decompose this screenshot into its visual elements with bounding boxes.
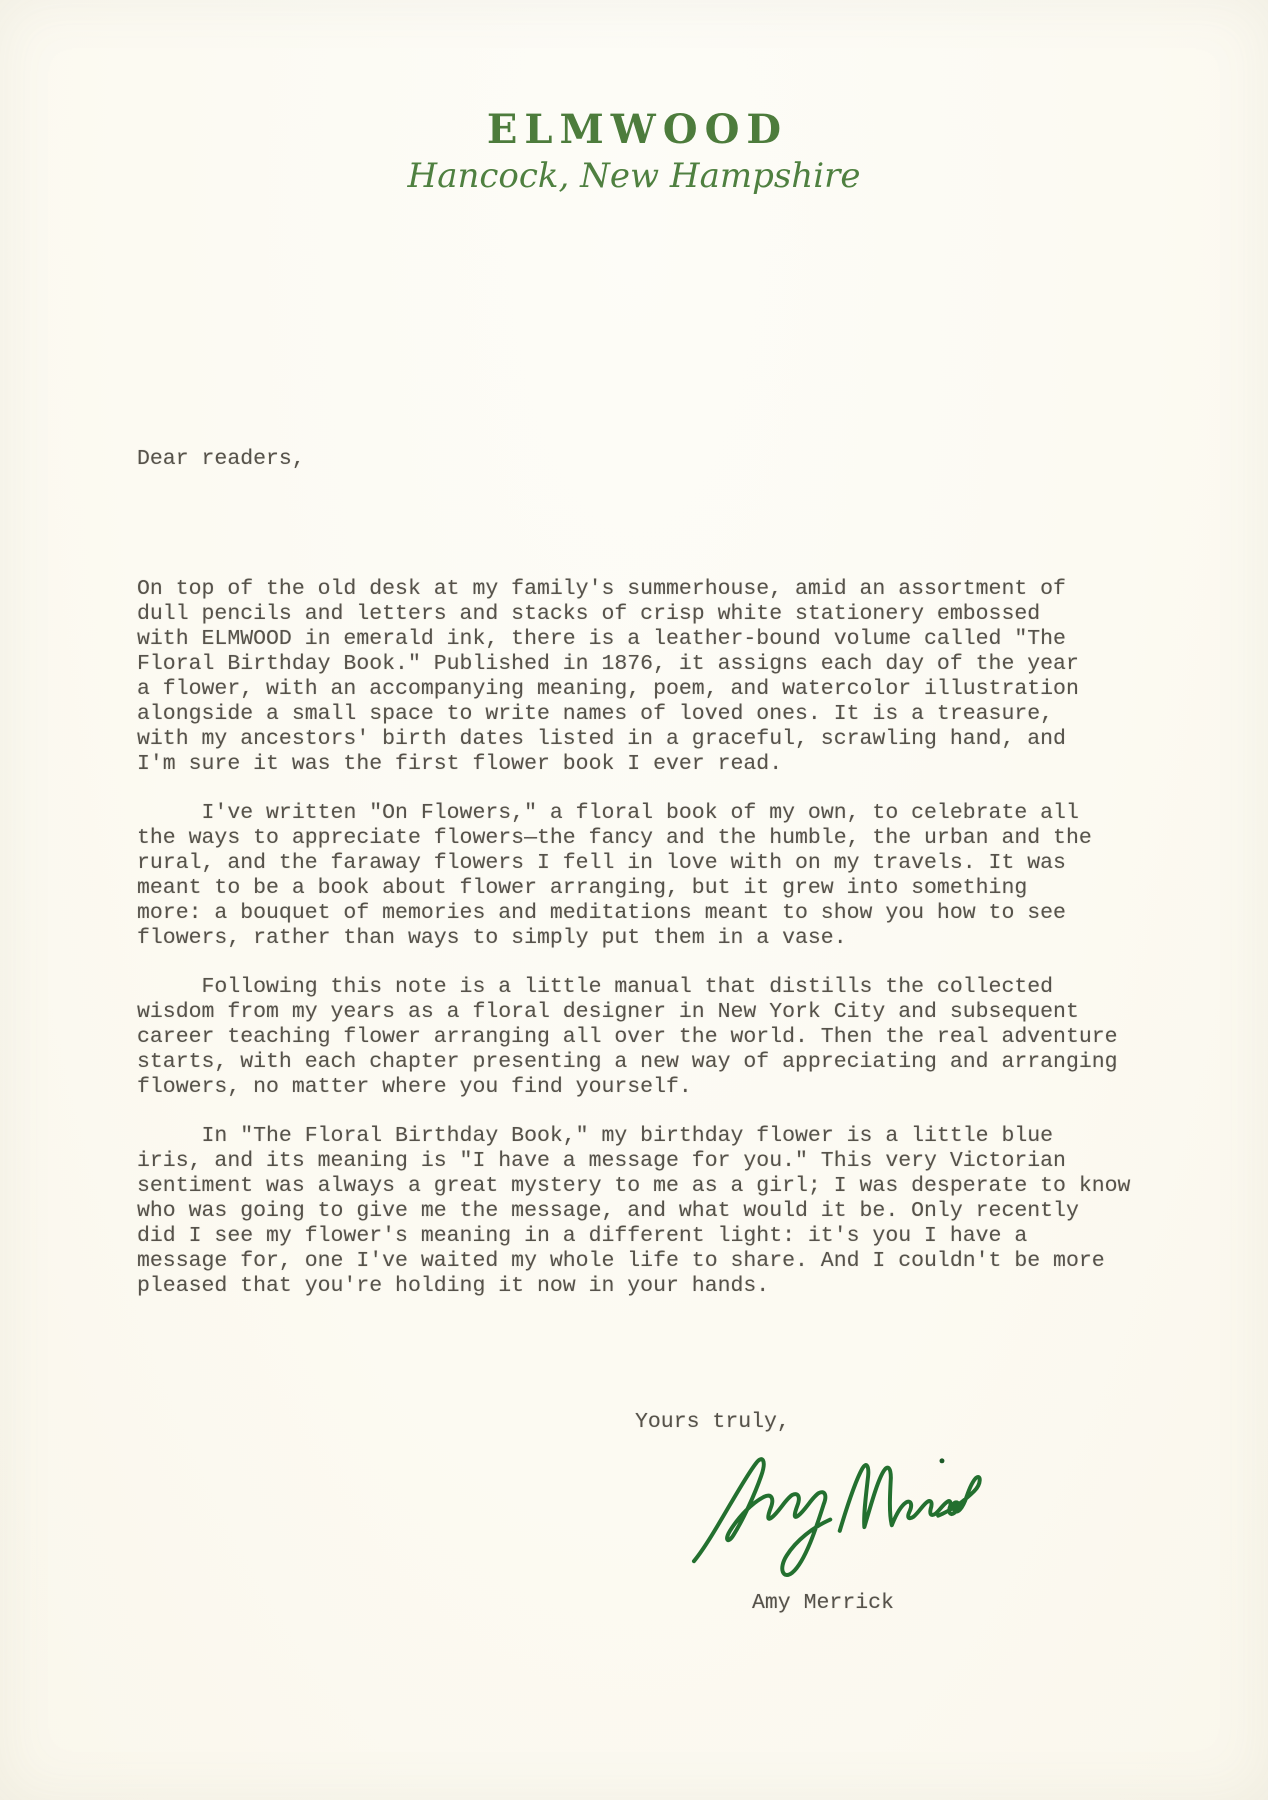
paragraph-1: On top of the old desk at my family's su… [137,577,1157,777]
paragraph-2: I've written "On Flowers," a floral book… [137,801,1157,951]
letter-page: ELMWOOD Hancock, New Hampshire Dear read… [0,0,1268,1800]
signature-stroke-merrick [840,1465,980,1531]
letter-body: On top of the old desk at my family's su… [137,577,1157,1323]
typed-name: Amy Merrick [752,1591,894,1616]
signature-script [685,1440,985,1582]
signature-i-dot [940,1458,945,1463]
salutation: Dear readers, [137,447,305,472]
paragraph-3: Following this note is a little manual t… [137,975,1157,1100]
letterhead-name: ELMWOOD [0,106,1268,153]
closing: Yours truly, [635,1410,790,1435]
letterhead-location: Hancock, New Hampshire [0,156,1268,196]
signature-stroke-amy [694,1459,830,1575]
paragraph-4: In "The Floral Birthday Book," my birthd… [137,1124,1157,1299]
